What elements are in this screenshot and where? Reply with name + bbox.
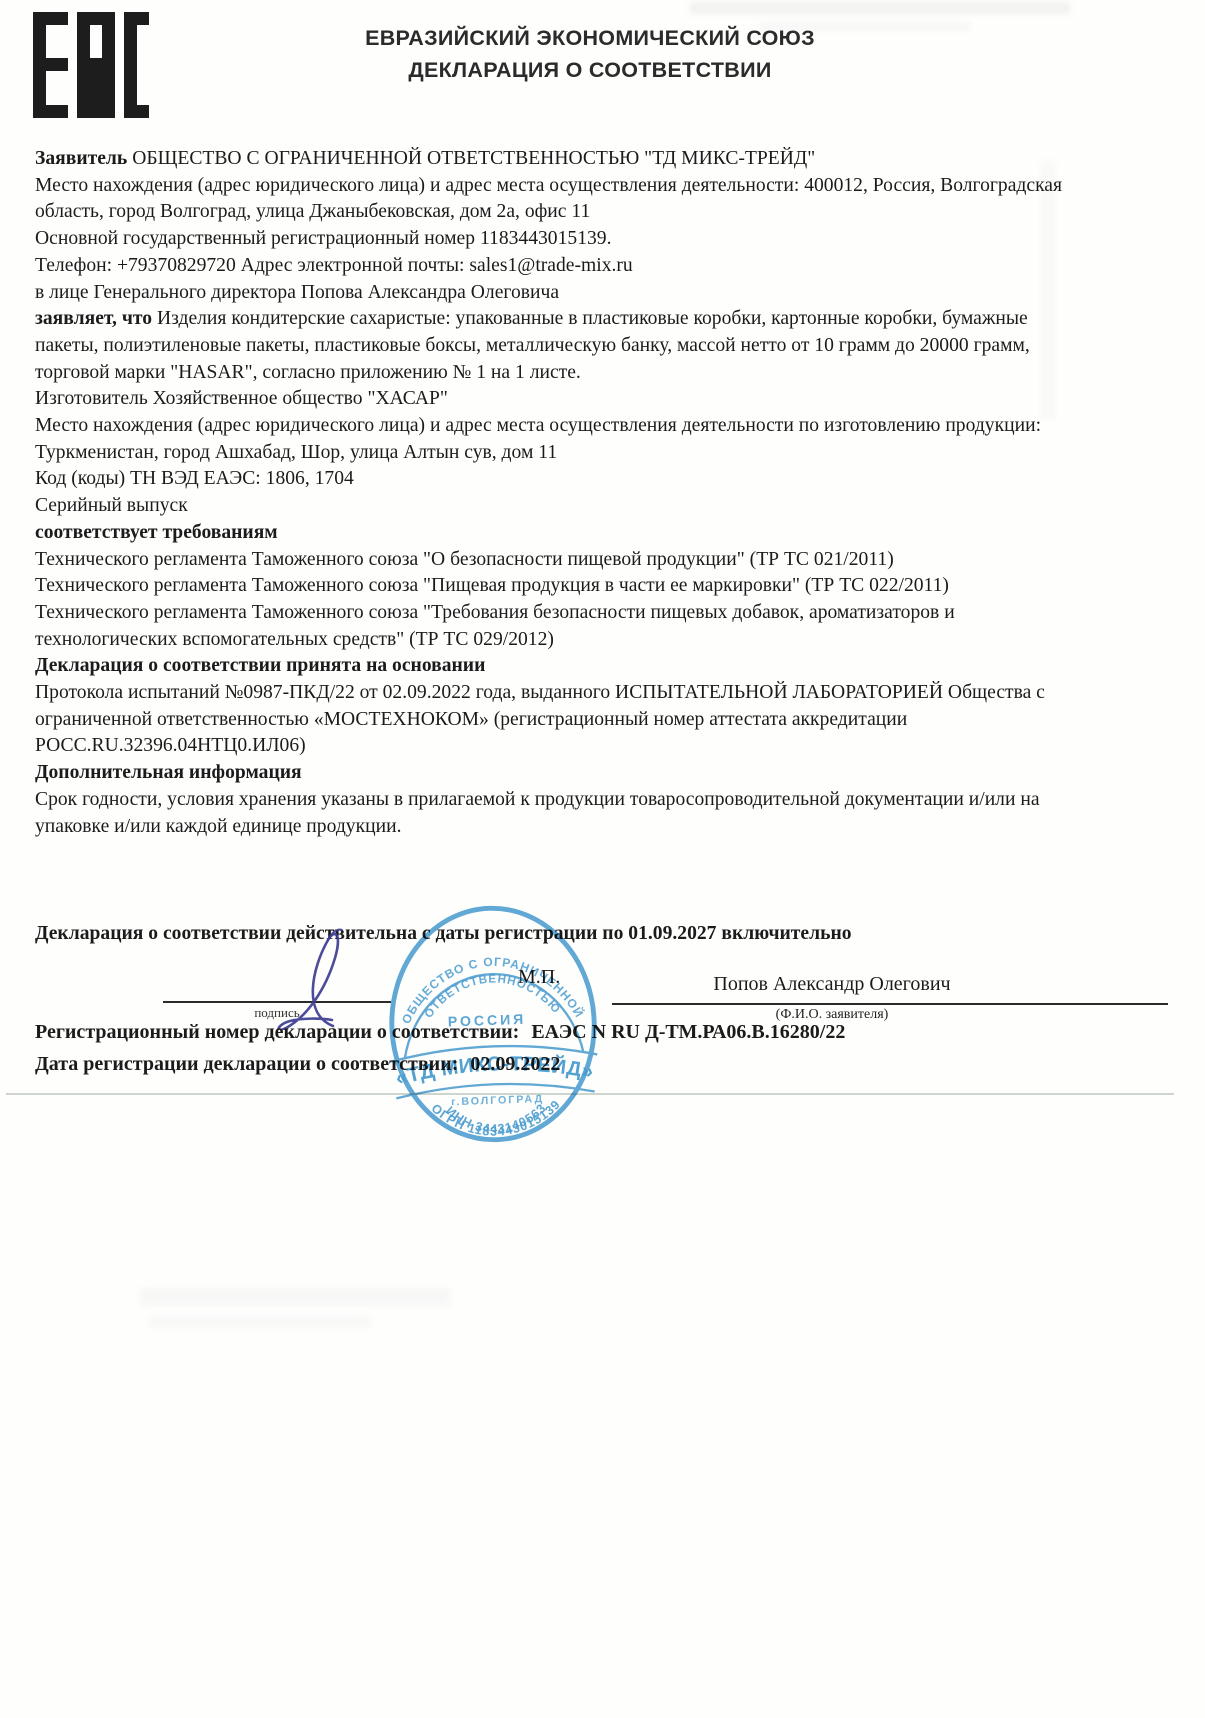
text: Место нахождения (адрес юридического лиц…: [35, 175, 1062, 223]
text: Серийный выпуск: [35, 495, 188, 516]
paragraph-shelf-life: Срок годности, условия хранения указаны …: [35, 787, 1093, 840]
text: Основной государственный регистрационный…: [35, 228, 611, 249]
stamp-country-text: РОССИЯ: [448, 1011, 527, 1030]
applicant-label: Заявитель: [35, 148, 127, 169]
paragraph-tr-021: Технического регламента Таможенного союз…: [35, 547, 1093, 574]
document-title: ЕВРАЗИЙСКИЙ ЭКОНОМИЧЕСКИЙ СОЮЗ ДЕКЛАРАЦИ…: [170, 22, 1010, 86]
text: в лице Генерального директора Попова Але…: [35, 282, 559, 303]
paragraph-applicant: Заявитель ОБЩЕСТВО С ОГРАНИЧЕННОЙ ОТВЕТС…: [35, 146, 1093, 173]
paragraph-contacts: Телефон: +79370829720 Адрес электронной …: [35, 253, 1093, 280]
stamp-city-text: г.ВОЛГОГРАД: [451, 1093, 544, 1108]
paragraph-basis-heading: Декларация о соответствии принята на осн…: [35, 653, 1093, 680]
paragraph-tr-022: Технического регламента Таможенного союз…: [35, 573, 1093, 600]
applicant-value: ОБЩЕСТВО С ОГРАНИЧЕННОЙ ОТВЕТСТВЕННОСТЬЮ…: [127, 148, 815, 169]
paragraph-declares: заявляет, что Изделия кондитерские сахар…: [35, 306, 1093, 386]
declares-label: заявляет, что: [35, 308, 152, 329]
paragraph-ogrn: Основной государственный регистрационный…: [35, 226, 1093, 253]
text: Технического регламента Таможенного союз…: [35, 602, 955, 650]
text: Код (коды) ТН ВЭД ЕАЭС: 1806, 1704: [35, 468, 354, 489]
paragraph-tr-029: Технического регламента Таможенного союз…: [35, 600, 1093, 653]
company-stamp: ОБЩЕСТВО С ОГРАНИЧЕННОЙ ОТВЕТСТВЕННОСТЬЮ…: [382, 896, 605, 1151]
text: Изделия кондитерские сахаристые: упакова…: [35, 308, 1030, 382]
paragraph-director: в лице Генерального директора Попова Але…: [35, 280, 1093, 307]
text: Технического регламента Таможенного союз…: [35, 575, 949, 596]
paragraph-serial-production: Серийный выпуск: [35, 493, 1093, 520]
text: Протокола испытаний №0987-ПКД/22 от 02.0…: [35, 682, 1045, 756]
title-line-declaration: ДЕКЛАРАЦИЯ О СООТВЕТСТВИИ: [170, 54, 1010, 86]
text: Декларация о соответствии принята на осн…: [35, 655, 485, 676]
declaration-document: ЕВРАЗИЙСКИЙ ЭКОНОМИЧЕСКИЙ СОЮЗ ДЕКЛАРАЦИ…: [0, 0, 1205, 1718]
scan-artifact: [140, 1288, 450, 1306]
scan-artifact: [690, 2, 1070, 14]
text: Срок годности, условия хранения указаны …: [35, 789, 1040, 837]
text: соответствует требованиям: [35, 522, 278, 543]
scan-artifact: [150, 1315, 370, 1329]
paragraph-manufacturer: Изготовитель Хозяйственное общество "ХАС…: [35, 386, 1093, 413]
text: Изготовитель Хозяйственное общество "ХАС…: [35, 388, 448, 409]
paragraph-additional-info-heading: Дополнительная информация: [35, 760, 1093, 787]
paragraph-applicant-address: Место нахождения (адрес юридического лиц…: [35, 173, 1093, 226]
scan-artifact: [1040, 160, 1056, 420]
text: Место нахождения (адрес юридического лиц…: [35, 415, 1041, 463]
applicant-name: Попов Александр Олегович: [612, 973, 1052, 996]
document-body: Заявитель ОБЩЕСТВО С ОГРАНИЧЕННОЙ ОТВЕТС…: [35, 146, 1093, 840]
applicant-name-line: [612, 1003, 1168, 1005]
paragraph-test-protocol: Протокола испытаний №0987-ПКД/22 от 02.0…: [35, 680, 1093, 760]
paragraph-manufacturer-address: Место нахождения (адрес юридического лиц…: [35, 413, 1093, 466]
paragraph-complies-heading: соответствует требованиям: [35, 520, 1093, 547]
eac-logo-icon: [33, 12, 149, 118]
text: Телефон: +79370829720 Адрес электронной …: [35, 255, 633, 276]
paragraph-tnved-codes: Код (коды) ТН ВЭД ЕАЭС: 1806, 1704: [35, 466, 1093, 493]
scan-artifact: [760, 22, 970, 31]
text: Технического регламента Таможенного союз…: [35, 549, 894, 570]
text: Дополнительная информация: [35, 762, 302, 783]
